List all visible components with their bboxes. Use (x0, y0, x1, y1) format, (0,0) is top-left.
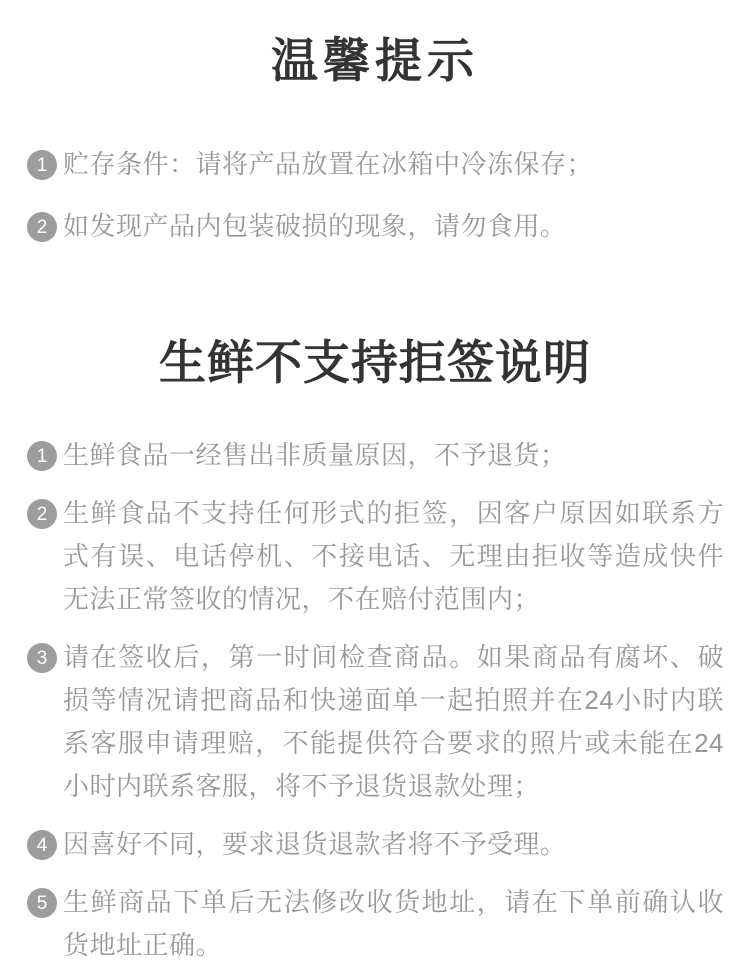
number-badge-icon: 1 (27, 441, 57, 471)
list-item: 2 如发现产品内包装破损的现象，请勿食用。 (27, 205, 724, 248)
list-item-text: 生鲜食品一经售出非质量原因，不予退货； (63, 434, 724, 477)
list-item-text: 生鲜食品不支持任何形式的拒签，因客户原因如联系方式有误、电话停机、不接电话、无理… (63, 492, 724, 621)
notice-page: 温馨提示 1 贮存条件：请将产品放置在冰箱中冷冻保存； 2 如发现产品内包装破损… (0, 0, 750, 972)
list-item-text: 贮存条件：请将产品放置在冰箱中冷冻保存； (63, 143, 724, 186)
number-badge-icon: 5 (27, 888, 57, 918)
number-badge-icon: 1 (27, 150, 57, 180)
warm-tips-list: 1 贮存条件：请将产品放置在冰箱中冷冻保存； 2 如发现产品内包装破损的现象，请… (0, 143, 750, 248)
badge-number-label: 1 (37, 447, 48, 466)
number-badge-icon: 4 (27, 830, 57, 860)
list-item-text: 生鲜商品下单后无法修改收货地址，请在下单前确认收货地址正确。 (63, 881, 724, 967)
list-item: 3 请在签收后，第一时间检查商品。如果商品有腐坏、破损等情况请把商品和快递面单一… (27, 636, 724, 808)
warm-tips-title: 温馨提示 (0, 33, 750, 88)
badge-number-label: 4 (37, 836, 48, 855)
number-badge-icon: 2 (27, 212, 57, 242)
list-item: 1 生鲜食品一经售出非质量原因，不予退货； (27, 434, 724, 477)
list-item: 4 因喜好不同，要求退货退款者将不予受理。 (27, 823, 724, 866)
fresh-rejection-policy-list: 1 生鲜食品一经售出非质量原因，不予退货； 2 生鲜食品不支持任何形式的拒签，因… (0, 434, 750, 967)
number-badge-icon: 2 (27, 499, 57, 529)
list-item: 1 贮存条件：请将产品放置在冰箱中冷冻保存； (27, 143, 724, 186)
number-badge-icon: 3 (27, 643, 57, 673)
fresh-rejection-policy-title: 生鲜不支持拒签说明 (0, 335, 750, 390)
badge-number-label: 3 (37, 649, 48, 668)
badge-number-label: 2 (37, 218, 48, 237)
list-item-text: 如发现产品内包装破损的现象，请勿食用。 (63, 205, 724, 248)
list-item-text: 因喜好不同，要求退货退款者将不予受理。 (63, 823, 724, 866)
badge-number-label: 5 (37, 894, 48, 913)
badge-number-label: 2 (37, 505, 48, 524)
badge-number-label: 1 (37, 156, 48, 175)
list-item: 5 生鲜商品下单后无法修改收货地址，请在下单前确认收货地址正确。 (27, 881, 724, 967)
list-item: 2 生鲜食品不支持任何形式的拒签，因客户原因如联系方式有误、电话停机、不接电话、… (27, 492, 724, 621)
list-item-text: 请在签收后，第一时间检查商品。如果商品有腐坏、破损等情况请把商品和快递面单一起拍… (63, 636, 724, 808)
